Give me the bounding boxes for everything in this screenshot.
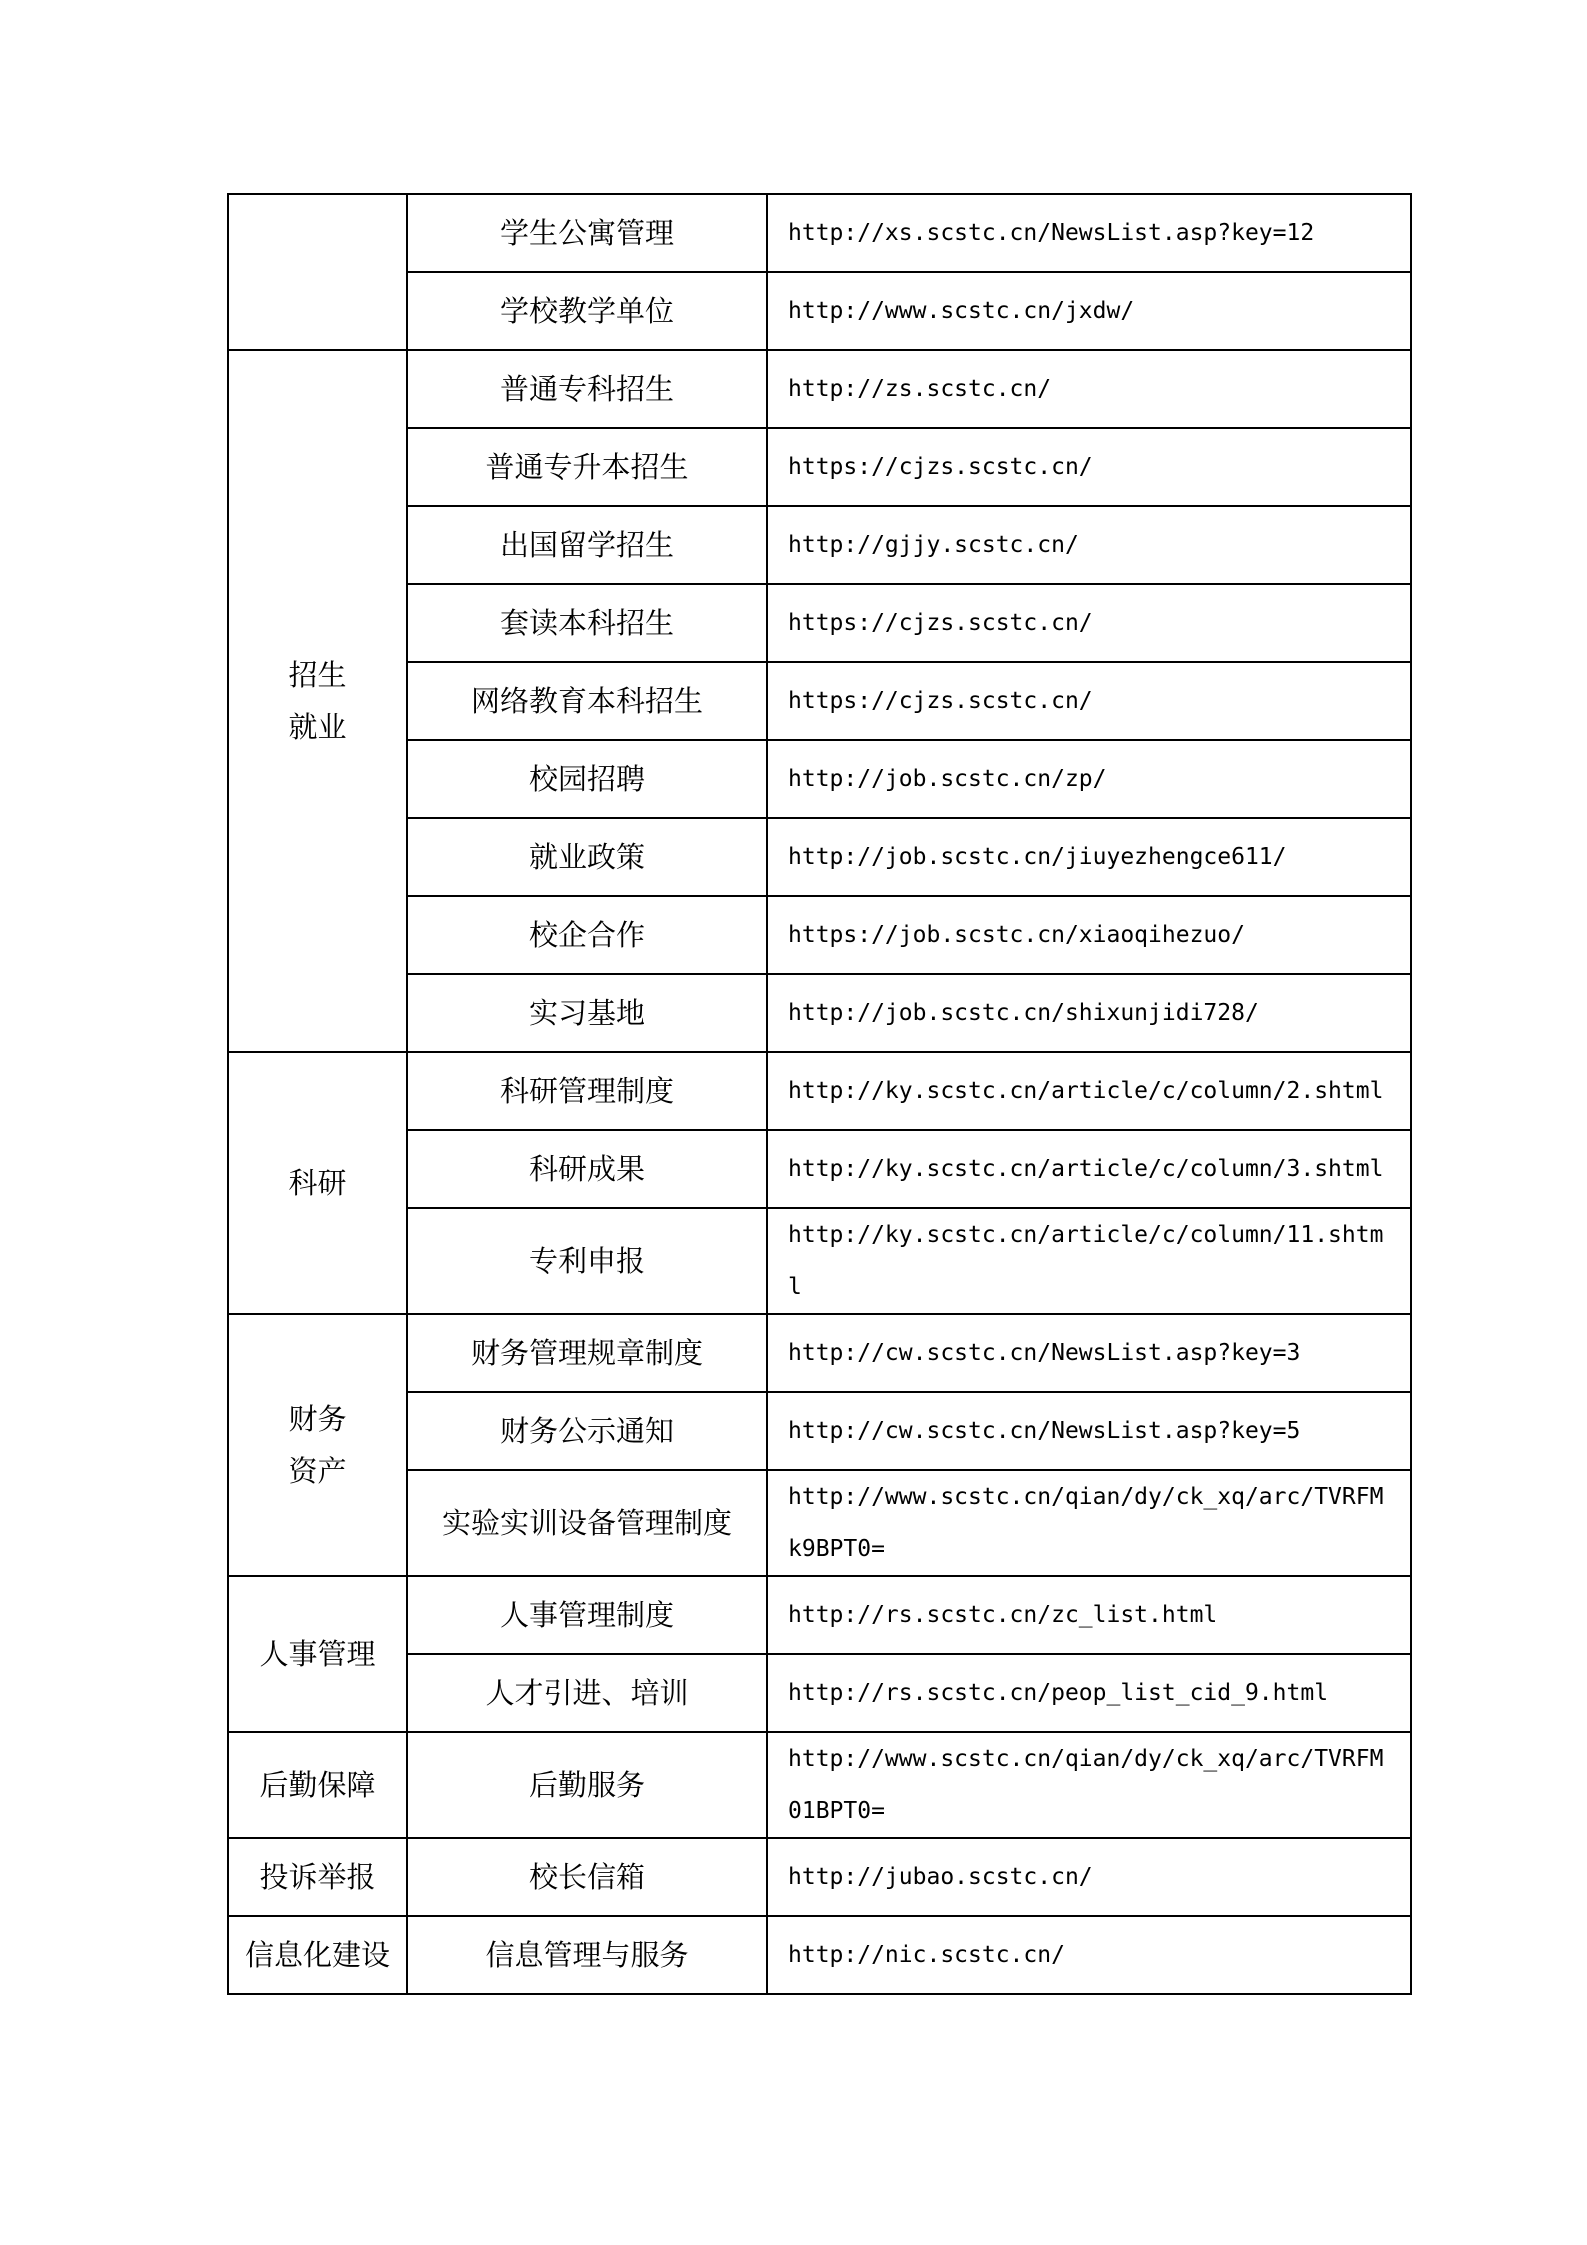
item-name: 实习基地 xyxy=(529,996,645,1030)
url-cell: http://gjjy.scstc.cn/ xyxy=(767,506,1411,584)
url-cell: http://www.scstc.cn/qian/dy/ck_xq/arc/TV… xyxy=(767,1470,1411,1576)
url-cell: http://ky.scstc.cn/article/c/column/3.sh… xyxy=(767,1130,1411,1208)
table-row: 信息化建设信息管理与服务http://nic.scstc.cn/ xyxy=(228,1916,1411,1994)
url-text: http://www.scstc.cn/qian/dy/ck_xq/arc/TV… xyxy=(788,1746,1383,1824)
category-label: 就业 xyxy=(288,710,346,744)
url-text: http://cw.scstc.cn/NewsList.asp?key=5 xyxy=(788,1418,1300,1444)
item-name-cell: 就业政策 xyxy=(407,818,767,896)
item-name: 后勤服务 xyxy=(529,1768,645,1802)
url-cell: https://cjzs.scstc.cn/ xyxy=(767,584,1411,662)
item-name-cell: 信息管理与服务 xyxy=(407,1916,767,1994)
item-name-cell: 网络教育本科招生 xyxy=(407,662,767,740)
url-cell: http://www.scstc.cn/qian/dy/ck_xq/arc/TV… xyxy=(767,1732,1411,1838)
category-label: 信息化建设 xyxy=(245,1938,390,1972)
document-page: 学生公寓管理http://xs.scstc.cn/NewsList.asp?ke… xyxy=(0,0,1587,2245)
item-name: 校园招聘 xyxy=(529,762,645,796)
item-name-cell: 财务管理规章制度 xyxy=(407,1314,767,1392)
category-label: 人事管理 xyxy=(259,1637,375,1671)
table-row: 财务资产财务管理规章制度http://cw.scstc.cn/NewsList.… xyxy=(228,1314,1411,1392)
item-name-cell: 校企合作 xyxy=(407,896,767,974)
item-name: 科研管理制度 xyxy=(500,1074,674,1108)
table-row: 后勤保障后勤服务http://www.scstc.cn/qian/dy/ck_x… xyxy=(228,1732,1411,1838)
url-text: http://gjjy.scstc.cn/ xyxy=(788,532,1079,558)
url-text: http://rs.scstc.cn/peop_list_cid_9.html xyxy=(788,1680,1328,1706)
item-name-cell: 普通专科招生 xyxy=(407,350,767,428)
url-cell: http://cw.scstc.cn/NewsList.asp?key=3 xyxy=(767,1314,1411,1392)
item-name-cell: 科研成果 xyxy=(407,1130,767,1208)
category-label: 科研 xyxy=(288,1166,346,1200)
item-name-cell: 财务公示通知 xyxy=(407,1392,767,1470)
item-name: 科研成果 xyxy=(529,1152,645,1186)
item-name-cell: 实验实训设备管理制度 xyxy=(407,1470,767,1576)
item-name: 普通专升本招生 xyxy=(485,450,688,484)
url-text: https://job.scstc.cn/xiaoqihezuo/ xyxy=(788,922,1245,948)
item-name-cell: 套读本科招生 xyxy=(407,584,767,662)
item-name: 学校教学单位 xyxy=(500,294,674,328)
url-text: http://rs.scstc.cn/zc_list.html xyxy=(788,1602,1217,1628)
url-text: http://jubao.scstc.cn/ xyxy=(788,1864,1093,1890)
item-name-cell: 学校教学单位 xyxy=(407,272,767,350)
category-label: 后勤保障 xyxy=(259,1768,375,1802)
url-cell: https://job.scstc.cn/xiaoqihezuo/ xyxy=(767,896,1411,974)
url-cell: http://xs.scstc.cn/NewsList.asp?key=12 xyxy=(767,194,1411,272)
url-cell: http://job.scstc.cn/zp/ xyxy=(767,740,1411,818)
category-label: 招生 xyxy=(288,658,346,692)
category-cell: 科研 xyxy=(228,1052,407,1314)
table-row: 学生公寓管理http://xs.scstc.cn/NewsList.asp?ke… xyxy=(228,194,1411,272)
item-name: 人事管理制度 xyxy=(500,1598,674,1632)
item-name: 财务管理规章制度 xyxy=(471,1336,703,1370)
url-cell: https://cjzs.scstc.cn/ xyxy=(767,662,1411,740)
table-row: 投诉举报校长信箱http://jubao.scstc.cn/ xyxy=(228,1838,1411,1916)
item-name-cell: 学生公寓管理 xyxy=(407,194,767,272)
item-name: 人才引进、培训 xyxy=(485,1676,688,1710)
item-name: 财务公示通知 xyxy=(500,1414,674,1448)
url-cell: http://job.scstc.cn/jiuyezhengce611/ xyxy=(767,818,1411,896)
url-text: https://cjzs.scstc.cn/ xyxy=(788,610,1093,636)
item-name-cell: 出国留学招生 xyxy=(407,506,767,584)
item-name: 实验实训设备管理制度 xyxy=(442,1506,732,1540)
item-name-cell: 实习基地 xyxy=(407,974,767,1052)
url-text: http://ky.scstc.cn/article/c/column/11.s… xyxy=(788,1222,1383,1300)
item-name: 套读本科招生 xyxy=(500,606,674,640)
url-cell: http://ky.scstc.cn/article/c/column/11.s… xyxy=(767,1208,1411,1314)
url-text: http://job.scstc.cn/shixunjidi728/ xyxy=(788,1000,1259,1026)
url-cell: http://rs.scstc.cn/peop_list_cid_9.html xyxy=(767,1654,1411,1732)
category-cell: 后勤保障 xyxy=(228,1732,407,1838)
url-text: http://job.scstc.cn/zp/ xyxy=(788,766,1107,792)
url-text: https://cjzs.scstc.cn/ xyxy=(788,688,1093,714)
url-cell: http://www.scstc.cn/jxdw/ xyxy=(767,272,1411,350)
url-cell: http://ky.scstc.cn/article/c/column/2.sh… xyxy=(767,1052,1411,1130)
category-label: 资产 xyxy=(288,1454,346,1488)
item-name-cell: 科研管理制度 xyxy=(407,1052,767,1130)
item-name: 校长信箱 xyxy=(529,1860,645,1894)
item-name: 学生公寓管理 xyxy=(500,216,674,250)
item-name-cell: 校园招聘 xyxy=(407,740,767,818)
url-text: http://www.scstc.cn/jxdw/ xyxy=(788,298,1134,324)
item-name: 专利申报 xyxy=(529,1244,645,1278)
url-cell: http://jubao.scstc.cn/ xyxy=(767,1838,1411,1916)
item-name-cell: 后勤服务 xyxy=(407,1732,767,1838)
url-text: http://zs.scstc.cn/ xyxy=(788,376,1051,402)
item-name: 校企合作 xyxy=(529,918,645,952)
url-cell: http://job.scstc.cn/shixunjidi728/ xyxy=(767,974,1411,1052)
item-name: 就业政策 xyxy=(529,840,645,874)
item-name-cell: 专利申报 xyxy=(407,1208,767,1314)
category-cell xyxy=(228,194,407,350)
url-text: http://ky.scstc.cn/article/c/column/3.sh… xyxy=(788,1156,1383,1182)
item-name-cell: 人才引进、培训 xyxy=(407,1654,767,1732)
item-name: 网络教育本科招生 xyxy=(471,684,703,718)
links-table: 学生公寓管理http://xs.scstc.cn/NewsList.asp?ke… xyxy=(227,193,1412,1995)
category-cell: 财务资产 xyxy=(228,1314,407,1576)
item-name: 普通专科招生 xyxy=(500,372,674,406)
category-cell: 信息化建设 xyxy=(228,1916,407,1994)
url-text: https://cjzs.scstc.cn/ xyxy=(788,454,1093,480)
url-text: http://cw.scstc.cn/NewsList.asp?key=3 xyxy=(788,1340,1300,1366)
item-name-cell: 人事管理制度 xyxy=(407,1576,767,1654)
category-cell: 招生就业 xyxy=(228,350,407,1052)
url-text: http://job.scstc.cn/jiuyezhengce611/ xyxy=(788,844,1287,870)
url-text: http://xs.scstc.cn/NewsList.asp?key=12 xyxy=(788,220,1314,246)
table-row: 人事管理人事管理制度http://rs.scstc.cn/zc_list.htm… xyxy=(228,1576,1411,1654)
item-name: 信息管理与服务 xyxy=(485,1938,688,1972)
table-row: 科研科研管理制度http://ky.scstc.cn/article/c/col… xyxy=(228,1052,1411,1130)
url-text: http://www.scstc.cn/qian/dy/ck_xq/arc/TV… xyxy=(788,1484,1383,1562)
item-name-cell: 普通专升本招生 xyxy=(407,428,767,506)
category-label: 财务 xyxy=(288,1402,346,1436)
url-text: http://ky.scstc.cn/article/c/column/2.sh… xyxy=(788,1078,1383,1104)
item-name: 出国留学招生 xyxy=(500,528,674,562)
category-cell: 投诉举报 xyxy=(228,1838,407,1916)
item-name-cell: 校长信箱 xyxy=(407,1838,767,1916)
url-cell: http://zs.scstc.cn/ xyxy=(767,350,1411,428)
category-cell: 人事管理 xyxy=(228,1576,407,1732)
url-cell: https://cjzs.scstc.cn/ xyxy=(767,428,1411,506)
category-label: 投诉举报 xyxy=(259,1860,375,1894)
url-cell: http://cw.scstc.cn/NewsList.asp?key=5 xyxy=(767,1392,1411,1470)
table-row: 招生就业普通专科招生http://zs.scstc.cn/ xyxy=(228,350,1411,428)
url-cell: http://rs.scstc.cn/zc_list.html xyxy=(767,1576,1411,1654)
url-text: http://nic.scstc.cn/ xyxy=(788,1942,1065,1968)
url-cell: http://nic.scstc.cn/ xyxy=(767,1916,1411,1994)
